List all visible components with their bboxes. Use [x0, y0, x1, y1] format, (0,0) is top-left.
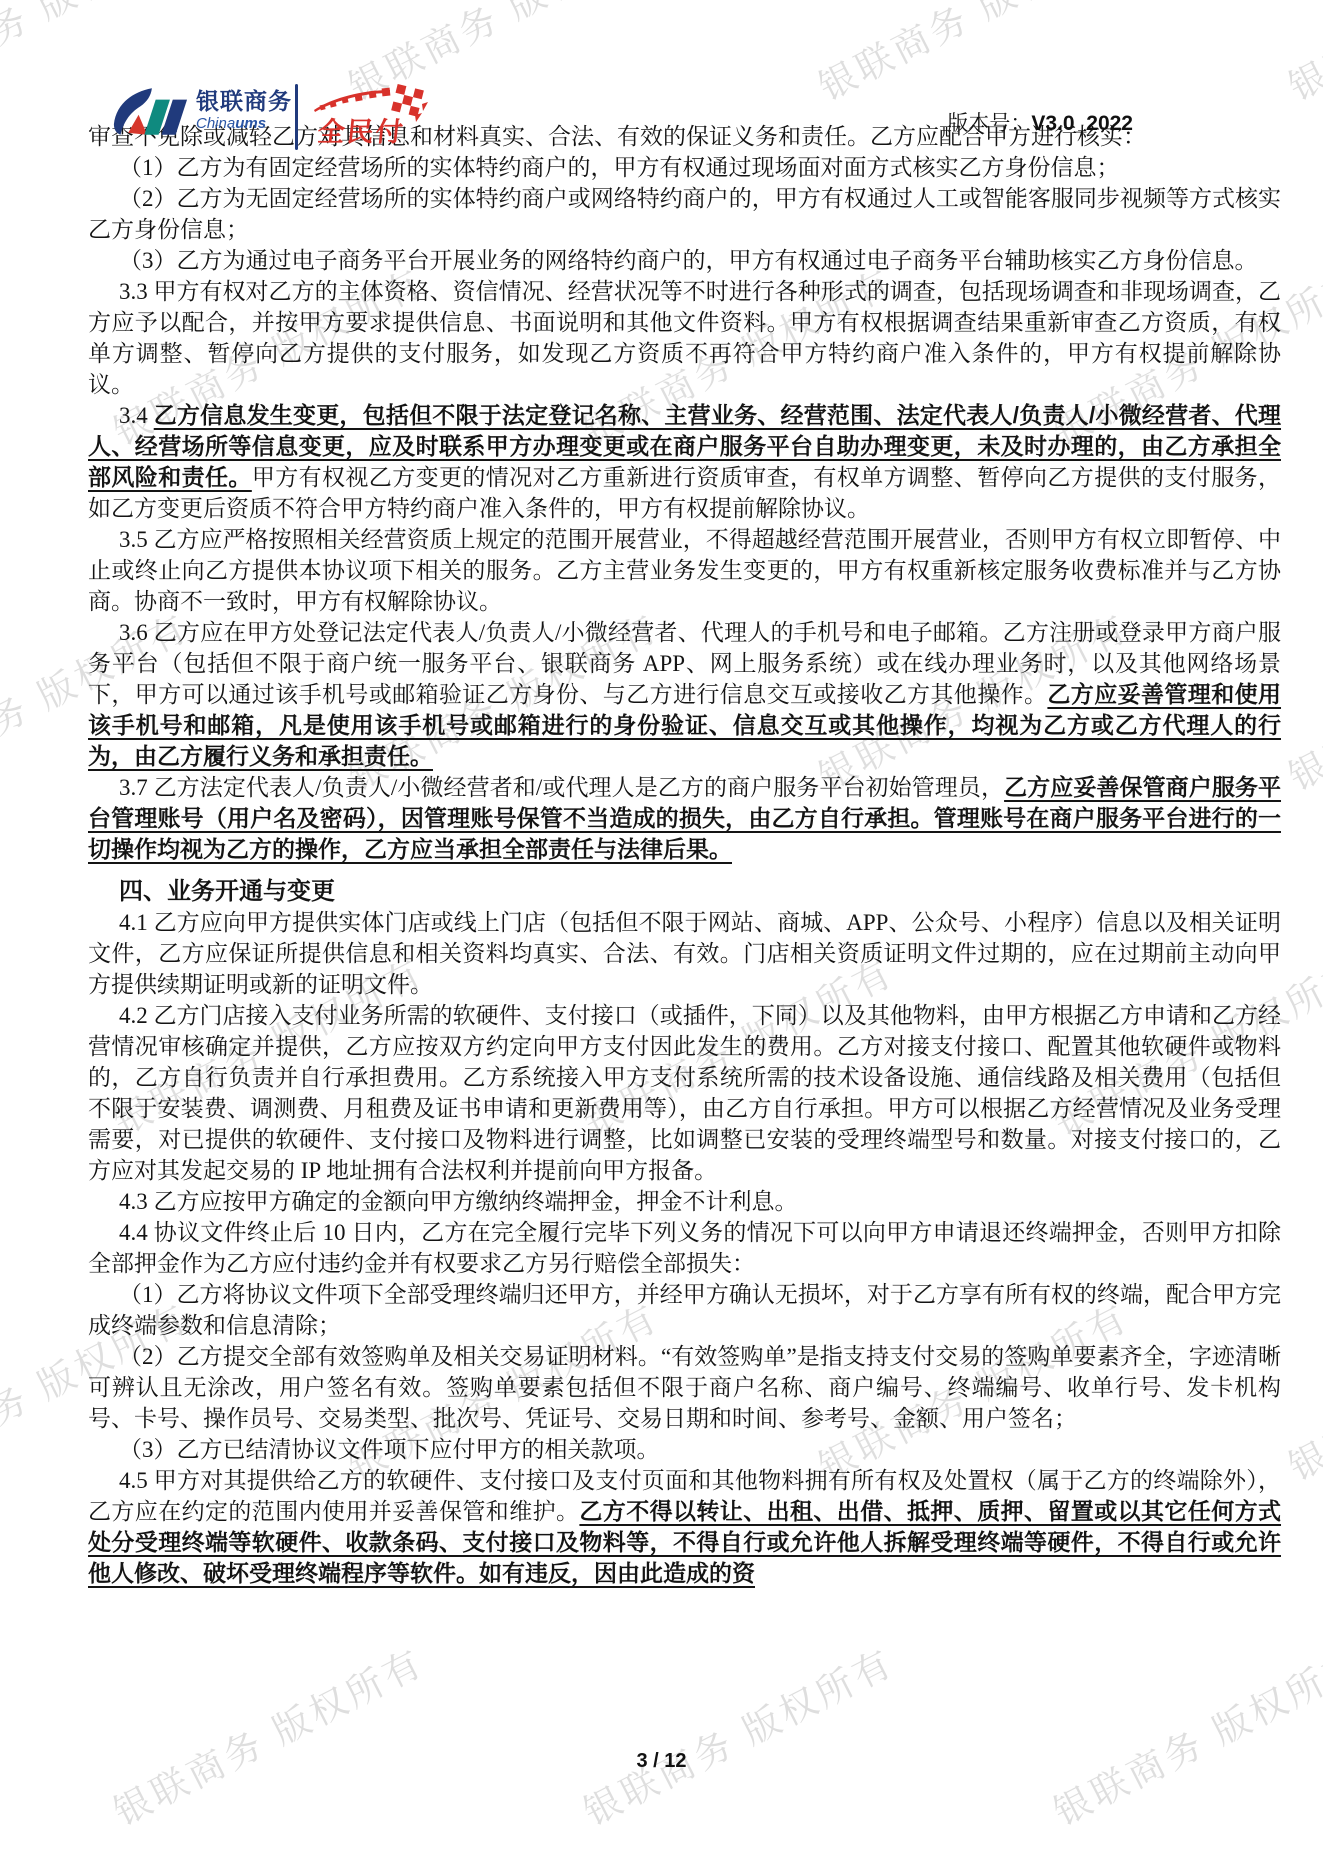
text-run: 甲方有权视乙方变更的情况对乙方重新进行资质审查，有权单方调整、暂停向乙方提供的支…: [88, 465, 1281, 521]
text-run: 4.1 乙方应向甲方提供实体门店或线上门店（包括但不限于网站、商城、APP、公众…: [88, 910, 1281, 997]
watermark-text: 银联商务 版权所有: [1278, 1288, 1323, 1492]
text-run: 4.2 乙方门店接入支付业务所需的软硬件、支付接口（或插件，下同）以及其他物料，…: [88, 1003, 1281, 1183]
version-value: V3.0_2022: [1031, 112, 1133, 135]
text-run: （2）乙方为无固定经营场所的实体特约商户或网络特约商户的，甲方有权通过人工或智能…: [88, 186, 1281, 242]
watermark-text: 银联商务 版权所有: [573, 1633, 902, 1837]
watermark-text: 银联商务 版权所有: [103, 1633, 432, 1837]
brand-en-ums: ums: [235, 115, 266, 132]
text-run: 3.3 甲方有权对乙方的主体资格、资信情况、经营状况等不时进行各种形式的调查，包…: [88, 279, 1281, 397]
text-run: （3）乙方为通过电子商务平台开展业务的网络特约商户的，甲方有权通过电子商务平台辅…: [119, 248, 1258, 273]
brand-block: 银联商务 Chinaums: [196, 90, 292, 131]
version-caption: 版本号：: [947, 111, 1031, 135]
text-run: 3.7 乙方法定代表人/负责人/小微经营者和/或代理人是乙方的商户服务平台初始管…: [119, 775, 1004, 800]
text-run: （2）乙方提交全部有效签购单及相关交易证明材料。“有效签购单”是指支持支付交易的…: [88, 1344, 1281, 1431]
watermark-text: 银联商务 版权所有: [1278, 598, 1323, 802]
paragraph: 4.5 甲方对其提供给乙方的软硬件、支付接口及支付页面和其他物料拥有所有权及处置…: [88, 1465, 1281, 1589]
text-run: （1）乙方将协议文件项下全部受理终端归还甲方，并经甲方确认无损坏，对于乙方享有所…: [88, 1282, 1281, 1338]
ums-logo-icon: [112, 86, 188, 136]
paragraph: 3.6 乙方应在甲方处登记法定代表人/负责人/小微经营者、代理人的手机号和电子邮…: [88, 617, 1281, 772]
paragraph: 3.3 甲方有权对乙方的主体资格、资信情况、经营状况等不时进行各种形式的调查，包…: [88, 276, 1281, 400]
document-page: 银联商务 版权所有银联商务 版权所有银联商务 版权所有银联商务 版权所有银联商务…: [0, 0, 1323, 1871]
version-label: 版本号：V3.0_2022: [947, 107, 1133, 137]
brand-en-china: China: [196, 115, 235, 132]
paragraph: 3.5 乙方应严格按照相关经营资质上规定的范围开展营业，不得超越经营范围开展营业…: [88, 524, 1281, 617]
text-run: 3.4: [119, 403, 154, 428]
brand-name-en: Chinaums: [196, 116, 292, 131]
paragraph: 4.3 乙方应按甲方确定的金额向甲方缴纳终端押金，押金不计利息。: [88, 1186, 1281, 1217]
text-run: 4.4 协议文件终止后 10 日内，乙方在完全履行完毕下列义务的情况下可以向甲方…: [88, 1220, 1281, 1276]
watermark-text: 银联商务 版权所有: [1278, 0, 1323, 111]
watermark-text: 银联商务 版权所有: [1043, 1633, 1323, 1837]
paragraph: （1）乙方将协议文件项下全部受理终端归还甲方，并经甲方确认无损坏，对于乙方享有所…: [88, 1279, 1281, 1341]
text-run: 4.3 乙方应按甲方确定的金额向甲方缴纳终端押金，押金不计利息。: [119, 1189, 798, 1214]
paragraph: 4.4 协议文件终止后 10 日内，乙方在完全履行完毕下列义务的情况下可以向甲方…: [88, 1217, 1281, 1279]
product-name: 全民付: [316, 110, 407, 149]
text-run: 四、业务开通与变更: [119, 878, 335, 905]
paragraph: 4.1 乙方应向甲方提供实体门店或线上门店（包括但不限于网站、商城、APP、公众…: [88, 907, 1281, 1000]
text-run: 3.5 乙方应严格按照相关经营资质上规定的范围开展营业，不得超越经营范围开展营业…: [88, 527, 1281, 614]
text-run: （1）乙方为有固定经营场所的实体特约商户的，甲方有权通过现场面对面方式核实乙方身…: [119, 155, 1120, 180]
paragraph: （2）乙方提交全部有效签购单及相关交易证明材料。“有效签购单”是指支持支付交易的…: [88, 1341, 1281, 1434]
paragraph: （3）乙方为通过电子商务平台开展业务的网络特约商户的，甲方有权通过电子商务平台辅…: [88, 245, 1281, 276]
paragraph: （2）乙方为无固定经营场所的实体特约商户或网络特约商户的，甲方有权通过人工或智能…: [88, 183, 1281, 245]
paragraph: 3.4 乙方信息发生变更，包括但不限于法定登记名称、主营业务、经营范围、法定代表…: [88, 400, 1281, 524]
paragraph: 4.2 乙方门店接入支付业务所需的软硬件、支付接口（或插件，下同）以及其他物料，…: [88, 1000, 1281, 1186]
brand-name-cn: 银联商务: [196, 90, 292, 113]
paragraph: 3.7 乙方法定代表人/负责人/小微经营者和/或代理人是乙方的商户服务平台初始管…: [88, 772, 1281, 865]
document-body: 审查不免除或减轻乙方对其信息和材料真实、合法、有效的保证义务和责任。乙方应配合甲…: [88, 121, 1281, 1589]
paragraph: （3）乙方已结清协议文件项下应付甲方的相关款项。: [88, 1434, 1281, 1465]
text-run: （3）乙方已结清协议文件项下应付甲方的相关款项。: [119, 1437, 660, 1462]
watermark-text: 银联商务 版权所有: [808, 0, 1137, 111]
section-heading: 四、业务开通与变更: [88, 876, 1281, 907]
paragraph: （1）乙方为有固定经营场所的实体特约商户的，甲方有权通过现场面对面方式核实乙方身…: [88, 152, 1281, 183]
logo-divider: [295, 84, 298, 150]
page-number: 3 / 12: [0, 1750, 1323, 1773]
